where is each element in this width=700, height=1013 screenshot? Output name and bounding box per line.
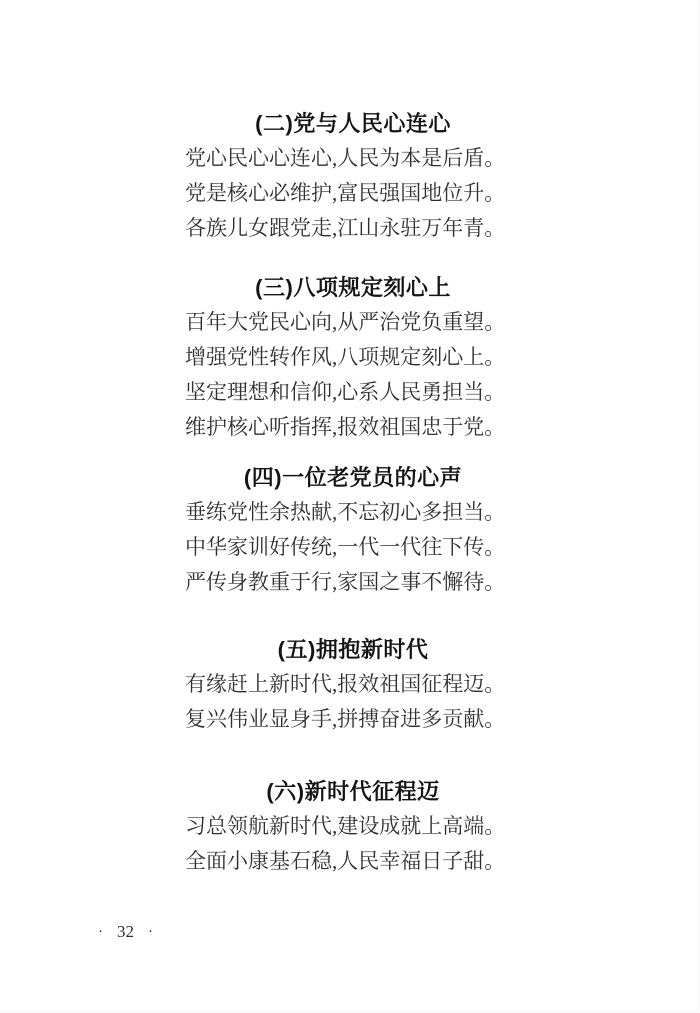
poem-section-3: (三)八项规定刻心上 百年大党民心向,从严治党负重望。 增强党性转作风,八项规定… xyxy=(185,270,521,445)
poem-line: 严传身教重于行,家国之事不懈待。 xyxy=(185,565,521,600)
poem-heading: (四)一位老党员的心声 xyxy=(185,460,521,495)
poem-heading: (五)拥抱新时代 xyxy=(185,632,521,667)
poem-line: 坚定理想和信仰,心系人民勇担当。 xyxy=(185,375,521,410)
poem-line: 党是核心必维护,富民强国地位升。 xyxy=(185,176,521,211)
poem-section-4: (四)一位老党员的心声 垂练党性余热献,不忘初心多担当。 中华家训好传统,一代一… xyxy=(185,460,521,600)
page-content: (二)党与人民心连心 党心民心心连心,人民为本是后盾。 党是核心必维护,富民强国… xyxy=(185,0,521,879)
page-number-dot-right: · xyxy=(148,924,153,941)
poem-line: 各族儿女跟党走,江山永驻万年青。 xyxy=(185,211,521,246)
poem-section-2: (二)党与人民心连心 党心民心心连心,人民为本是后盾。 党是核心必维护,富民强国… xyxy=(185,106,521,246)
poem-line: 复兴伟业显身手,拼搏奋进多贡献。 xyxy=(185,702,521,737)
poem-section-5: (五)拥抱新时代 有缘赶上新时代,报效祖国征程迈。 复兴伟业显身手,拼搏奋进多贡… xyxy=(185,632,521,737)
page-number-dot-left: · xyxy=(98,924,103,941)
poem-section-6: (六)新时代征程迈 习总领航新时代,建设成就上高端。 全面小康基石稳,人民幸福日… xyxy=(185,774,521,879)
book-page: (二)党与人民心连心 党心民心心连心,人民为本是后盾。 党是核心必维护,富民强国… xyxy=(0,0,700,1013)
poem-heading: (三)八项规定刻心上 xyxy=(185,270,521,305)
page-number-value: 32 xyxy=(117,922,134,942)
poem-line: 全面小康基石稳,人民幸福日子甜。 xyxy=(185,844,521,879)
poem-heading: (二)党与人民心连心 xyxy=(185,106,521,141)
poem-line: 习总领航新时代,建设成就上高端。 xyxy=(185,809,521,844)
page-number: · 32 · xyxy=(98,922,153,942)
poem-heading: (六)新时代征程迈 xyxy=(185,774,521,809)
poem-line: 维护核心听指挥,报效祖国忠于党。 xyxy=(185,410,521,445)
poem-line: 百年大党民心向,从严治党负重望。 xyxy=(185,305,521,340)
poem-line: 有缘赶上新时代,报效祖国征程迈。 xyxy=(185,667,521,702)
poem-line: 党心民心心连心,人民为本是后盾。 xyxy=(185,141,521,176)
poem-line: 中华家训好传统,一代一代往下传。 xyxy=(185,530,521,565)
poem-line: 增强党性转作风,八项规定刻心上。 xyxy=(185,340,521,375)
poem-line: 垂练党性余热献,不忘初心多担当。 xyxy=(185,495,521,530)
